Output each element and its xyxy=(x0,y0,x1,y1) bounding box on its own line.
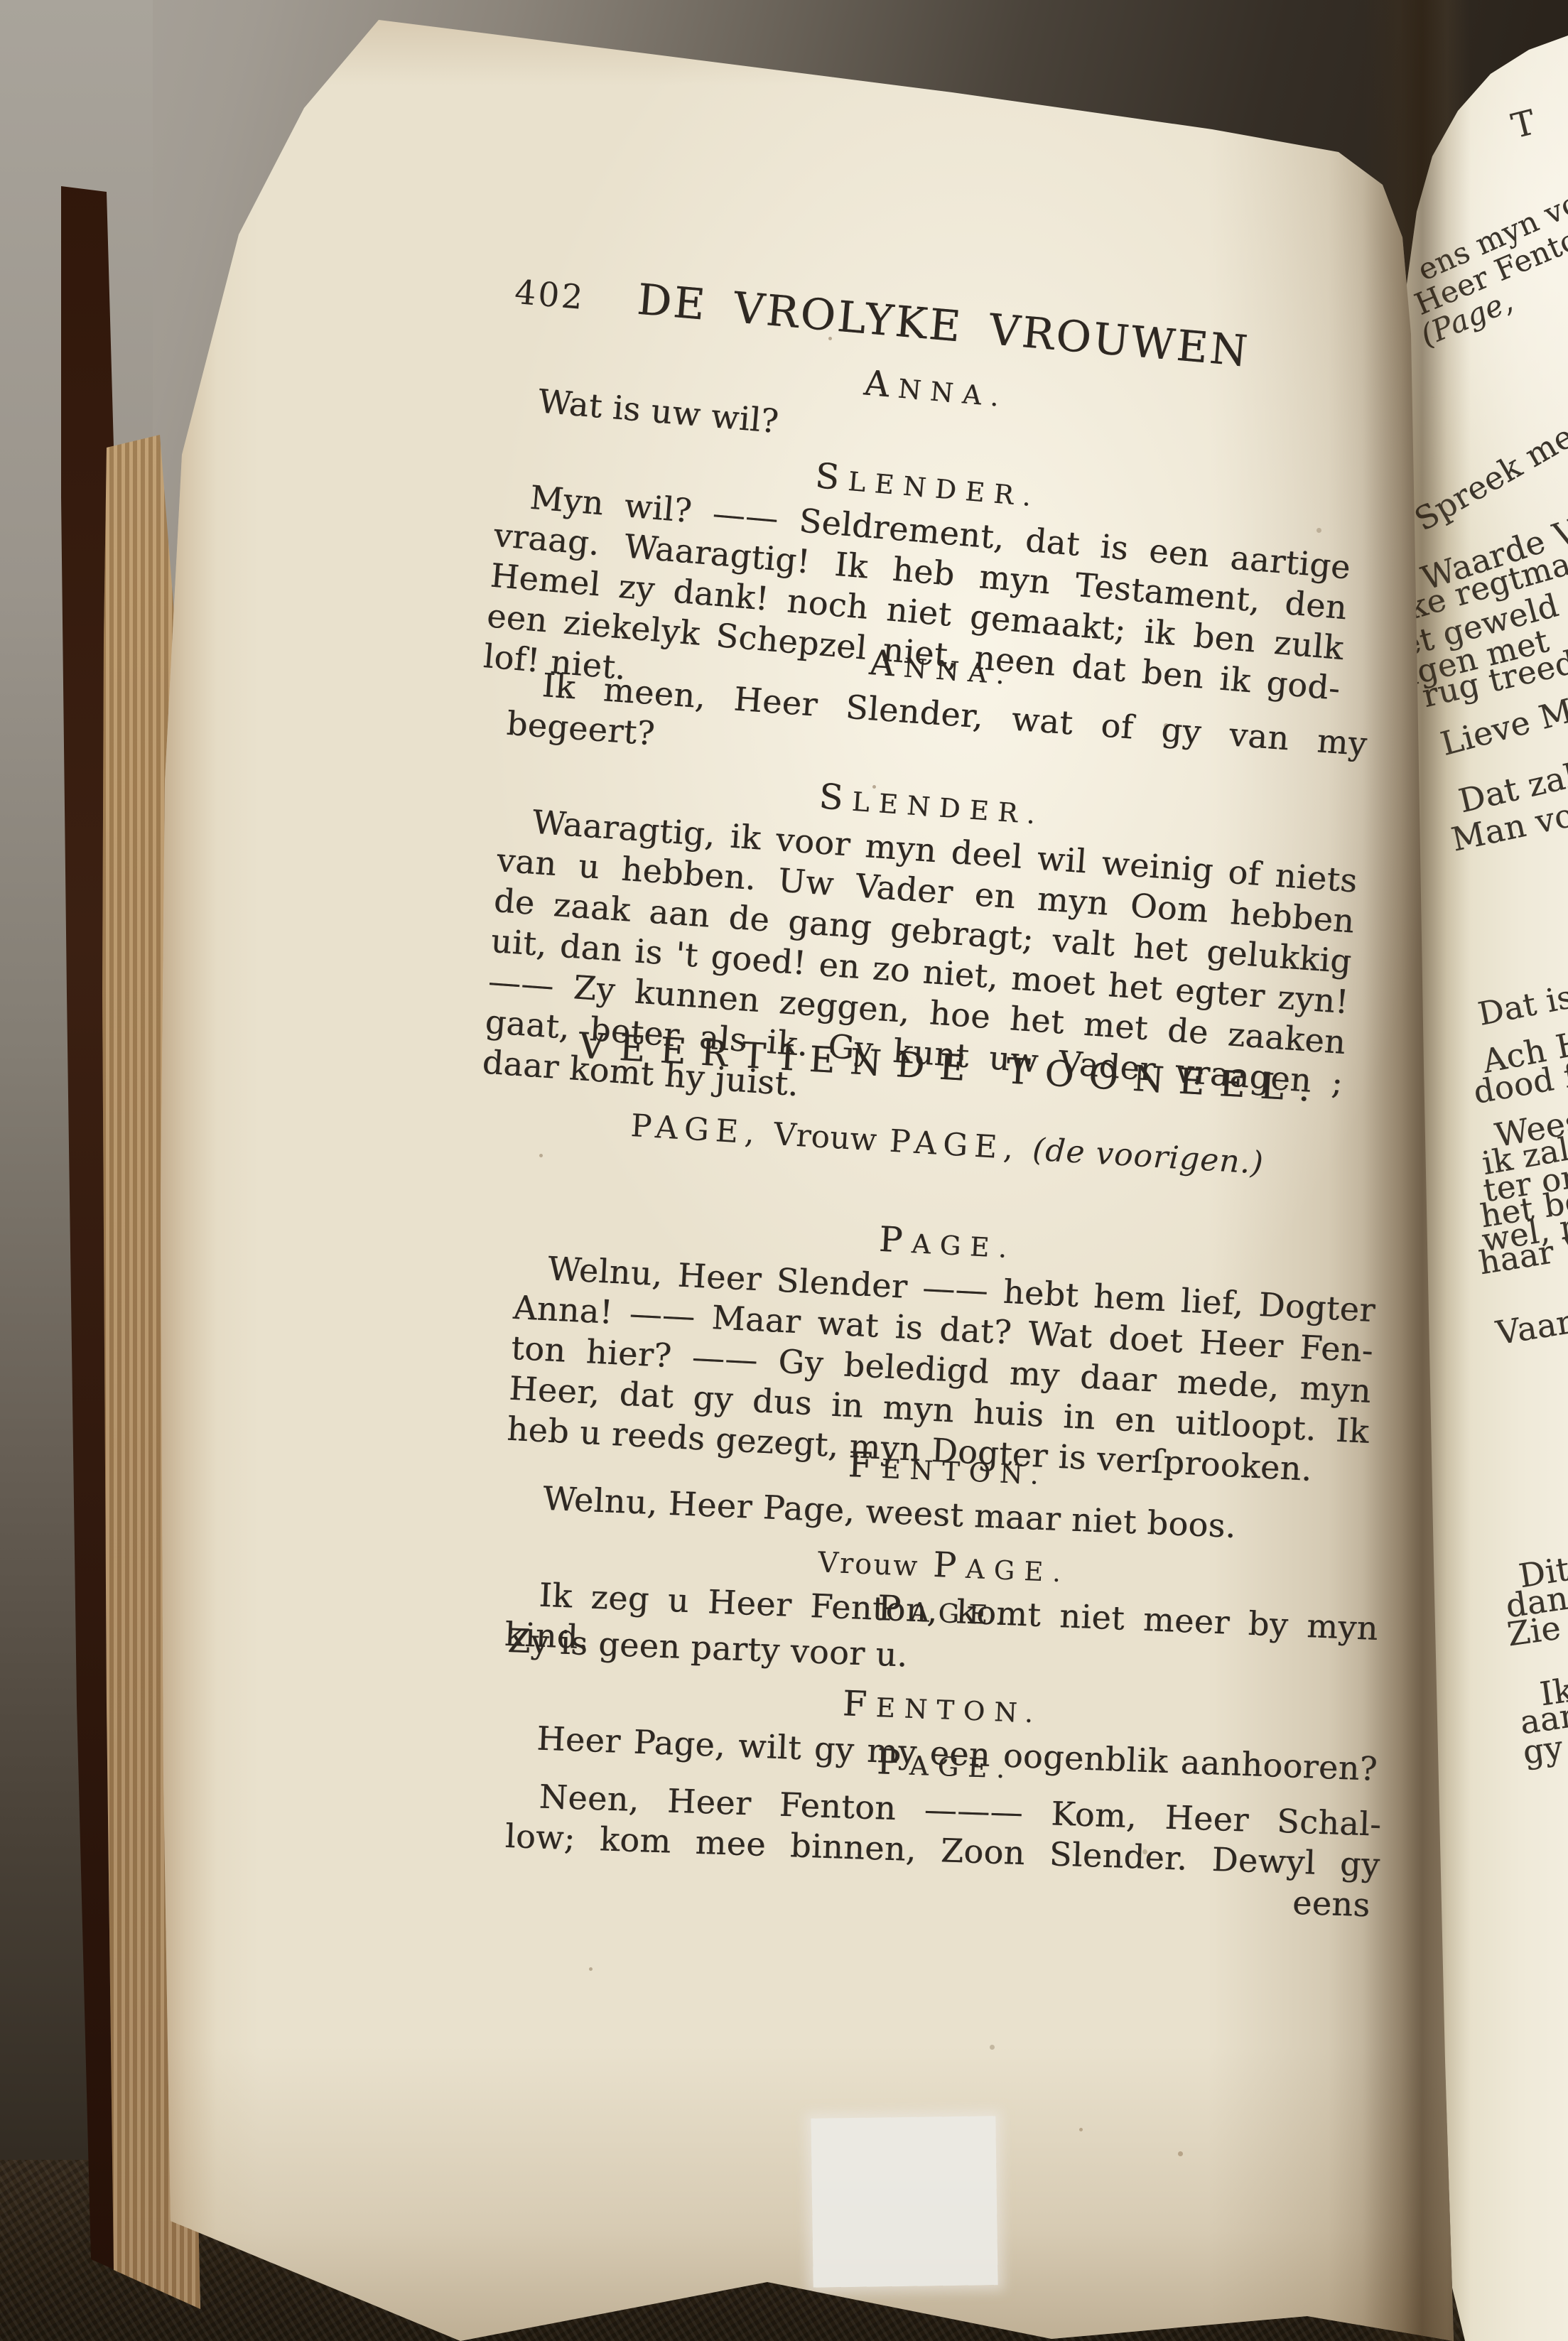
right-page-text-fragment: T xyxy=(1508,102,1540,146)
cast-name: Vrouw xyxy=(773,1116,878,1159)
cast-name: PAGE, xyxy=(629,1108,762,1152)
page-number: 402 xyxy=(513,273,586,318)
dialogue-group: PAGE. Neen, Heer Fenton ——— Kom, Heer Sc… xyxy=(503,1729,1383,1926)
speaker-prefix: Vrouw xyxy=(817,1546,919,1583)
right-page-text-fragment: Vaarw xyxy=(1493,1298,1568,1352)
cast-name: PAGE, xyxy=(889,1123,1021,1167)
cast-list: PAGE,VrouwPAGE,(de voorigen.) xyxy=(519,1101,1375,1188)
left-page: 402 DE VROLYKE VROUWEN ANNA. Wat is uw w… xyxy=(0,0,1568,2341)
speaker-name: PAGE. xyxy=(932,1545,1071,1591)
right-page-text-fragment: Dat is xyxy=(1475,978,1568,1033)
light-patch xyxy=(811,2116,997,2288)
cast-note: (de voorigen.) xyxy=(1032,1132,1265,1182)
